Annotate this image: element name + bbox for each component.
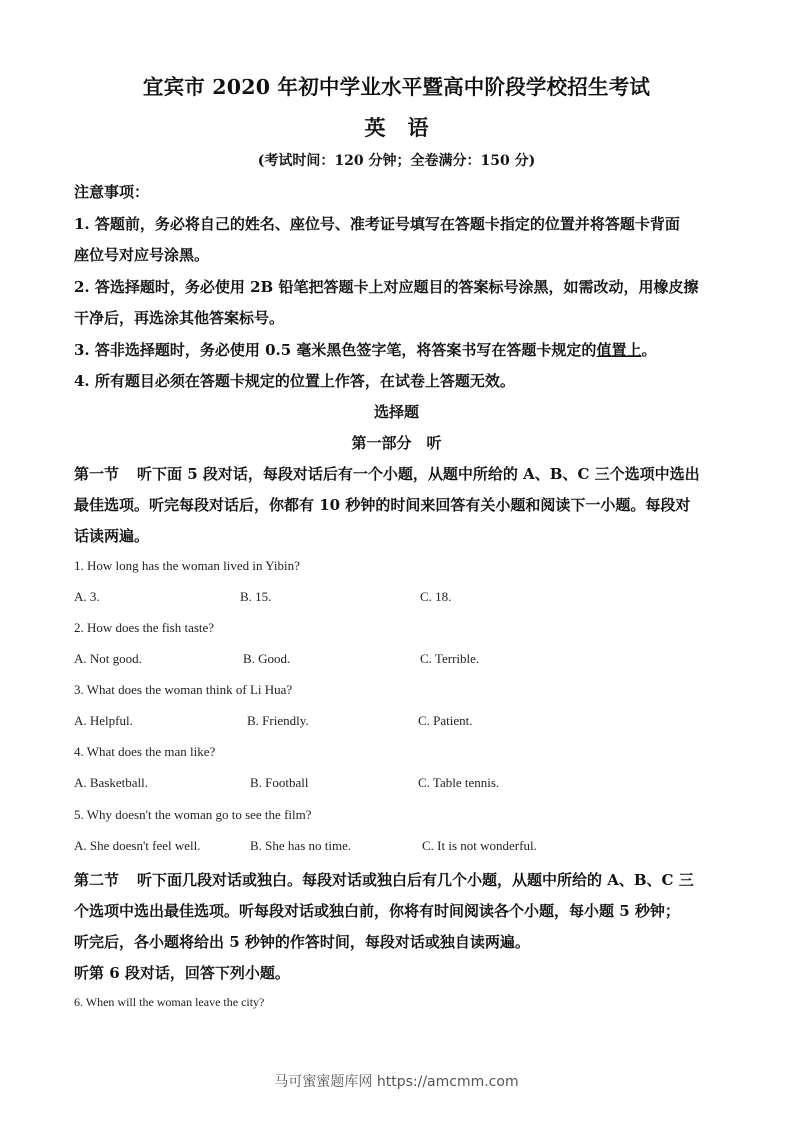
- subject-title: 英语: [0, 112, 793, 142]
- q3-option-c: C. Patient.: [418, 713, 473, 729]
- q1-option-c: C. 18.: [420, 589, 451, 605]
- q5-option-b: B. She has no time.: [250, 838, 351, 854]
- question-6: 6. When will the woman leave the city?: [74, 995, 264, 1010]
- sub1-line-3: 话读两遍。: [74, 525, 149, 546]
- q5-option-c: C. It is not wonderful.: [422, 838, 537, 854]
- note-2-line-1: 2. 答选择题时，务必使用 2B 铅笔把答题卡上对应题目的答案标号涂黑，如需改动…: [74, 276, 698, 297]
- question-3: 3. What does the woman think of Li Hua?: [74, 682, 292, 698]
- dialogue-6-prompt: 听第 6 段对话，回答下列小题。: [74, 962, 290, 983]
- exam-info: (考试时间：120 分钟；全卷满分：150 分): [0, 150, 793, 170]
- q2-option-a: A. Not good.: [74, 651, 142, 667]
- sub1-label: 第一节: [74, 465, 119, 483]
- sub1-text: 听下面 5 段对话，每段对话后有一个小题，从题中所给的 A、B、C 三个选项中选…: [137, 465, 700, 483]
- watermark-footer: 马可蜜蜜题库网 https://amcmm.com: [0, 1071, 793, 1091]
- question-1: 1. How long has the woman lived in Yibin…: [74, 558, 300, 574]
- q5-option-a: A. She doesn't feel well.: [74, 838, 201, 854]
- subject-char-2: 语: [408, 115, 429, 140]
- sub2-label: 第二节: [74, 871, 119, 889]
- question-4: 4. What does the man like?: [74, 744, 215, 760]
- note-1-line-2: 座位号对应号涂黑。: [74, 244, 209, 265]
- q3-option-a: A. Helpful.: [74, 713, 133, 729]
- sub2-line-1: 第二节听下面几段对话或独白。每段对话或独白后有几个小题，从题中所给的 A、B、C…: [74, 869, 694, 890]
- sub2-line-2: 个选项中选出最佳选项。听每段对话或独白前，你将有时间阅读各个小题，每小题 5 秒…: [74, 900, 680, 921]
- q1-option-b: B. 15.: [240, 589, 271, 605]
- note-3-underlined: 值置上: [596, 341, 641, 359]
- sub1-line-1: 第一节听下面 5 段对话，每段对话后有一个小题，从题中所给的 A、B、C 三个选…: [74, 463, 700, 484]
- sub1-line-2: 最佳选项。听完每段对话后，你都有 10 秒钟的时间来回答有关小题和阅读下一小题。…: [74, 494, 690, 515]
- q2-option-c: C. Terrible.: [420, 651, 479, 667]
- q4-option-c: C. Table tennis.: [418, 775, 499, 791]
- q4-option-b: B. Football: [250, 775, 309, 791]
- part-title: 第一部分 听: [0, 432, 793, 453]
- question-5: 5. Why doesn't the woman go to see the f…: [74, 807, 312, 823]
- sub2-text: 听下面几段对话或独白。每段对话或独白后有几个小题，从题中所给的 A、B、C 三: [137, 871, 694, 889]
- note-3: 3. 答非选择题时，务必使用 0.5 毫米黑色签字笔，将答案书写在答题卡规定的值…: [74, 339, 656, 360]
- notes-heading: 注意事项：: [74, 181, 149, 202]
- question-2: 2. How does the fish taste?: [74, 620, 214, 636]
- subject-char-1: 英: [365, 115, 386, 140]
- q2-option-b: B. Good.: [243, 651, 290, 667]
- section-type-title: 选择题: [0, 401, 793, 422]
- note-2-line-2: 干净后，再选涂其他答案标号。: [74, 307, 284, 328]
- q1-option-a: A. 3.: [74, 589, 100, 605]
- sub2-line-3: 听完后，各小题将给出 5 秒钟的作答时间，每段对话或独自读两遍。: [74, 931, 530, 952]
- note-3-text: 3. 答非选择题时，务必使用 0.5 毫米黑色签字笔，将答案书写在答题卡规定的: [74, 341, 596, 359]
- note-3-end: 。: [641, 341, 656, 359]
- q3-option-b: B. Friendly.: [247, 713, 309, 729]
- note-1-line-1: 1. 答题前，务必将自己的姓名、座位号、准考证号填写在答题卡指定的位置并将答题卡…: [74, 213, 680, 234]
- exam-title: 宜宾市 2020 年初中学业水平暨高中阶段学校招生考试: [0, 70, 793, 100]
- q4-option-a: A. Basketball.: [74, 775, 148, 791]
- note-4: 4. 所有题目必须在答题卡规定的位置上作答，在试卷上答题无效。: [74, 370, 515, 391]
